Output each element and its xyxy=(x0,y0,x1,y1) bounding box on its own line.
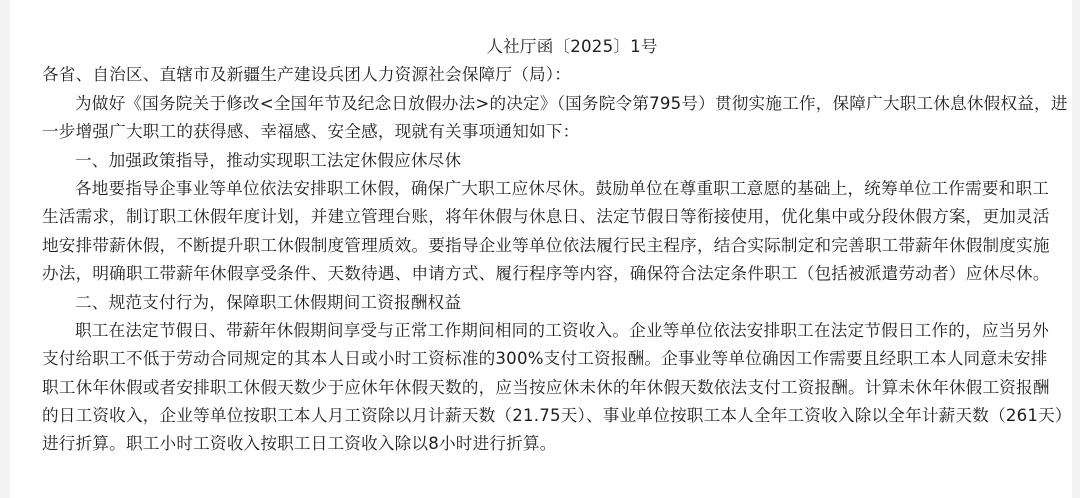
addressee-line: 各省、自治区、直辖市及新疆生产建设兵团人力资源社会保障厅（局）： xyxy=(42,61,1042,89)
paragraph-line: 各地要指导企事业等单位依法安排职工休假，确保广大职工应休尽休。鼓励单位在尊重职工… xyxy=(42,175,1042,203)
paragraph-line: 职工休年休假或者安排职工休假天数少于应休年休假天数的，应当按应休未休的年休假天数… xyxy=(42,374,1042,402)
section-heading: 二、规范支付行为，保障职工休假期间工资报酬权益 xyxy=(42,289,1042,317)
intro-line: 为做好《国务院关于修改<全国年节及纪念日放假办法>的决定》（国务院令第795号）… xyxy=(42,90,1042,118)
document-body: 人社厅函〔2025〕1号 各省、自治区、直辖市及新疆生产建设兵团人力资源社会保障… xyxy=(42,33,1042,459)
paragraph-line: 支付给职工不低于劳动合同规定的其本人日或小时工资标准的300%支付工资报酬。企事… xyxy=(42,345,1042,373)
paragraph-line: 地安排带薪休假，不断提升职工休假制度管理质效。要指导企业等单位依法履行民主程序，… xyxy=(42,232,1042,260)
section-heading: 一、加强政策指导，推动实现职工法定休假应休尽休 xyxy=(42,147,1042,175)
paragraph-line: 进行折算。职工小时工资收入按职工日工资收入除以8小时进行折算。 xyxy=(42,430,1042,458)
intro-line: 一步增强广大职工的获得感、幸福感、安全感，现就有关事项通知如下： xyxy=(42,118,1042,146)
paragraph-line: 职工在法定节假日、带薪年休假期间享受与正常工作期间相同的工资收入。企业等单位依法… xyxy=(42,317,1042,345)
document-number: 人社厅函〔2025〕1号 xyxy=(42,33,1042,61)
paragraph-line: 生活需求，制订职工休假年度计划，并建立管理台账，将年休假与休息日、法定节假日等衔… xyxy=(42,203,1042,231)
paragraph-line: 办法，明确职工带薪年休假享受条件、天数待遇、申请方式、履行程序等内容，确保符合法… xyxy=(42,260,1042,288)
paragraph-line: 的日工资收入，企业等单位按职工本人月工资除以月计薪天数（21.75天）、事业单位… xyxy=(42,402,1042,430)
document-page: 人社厅函〔2025〕1号 各省、自治区、直辖市及新疆生产建设兵团人力资源社会保障… xyxy=(10,0,1072,498)
